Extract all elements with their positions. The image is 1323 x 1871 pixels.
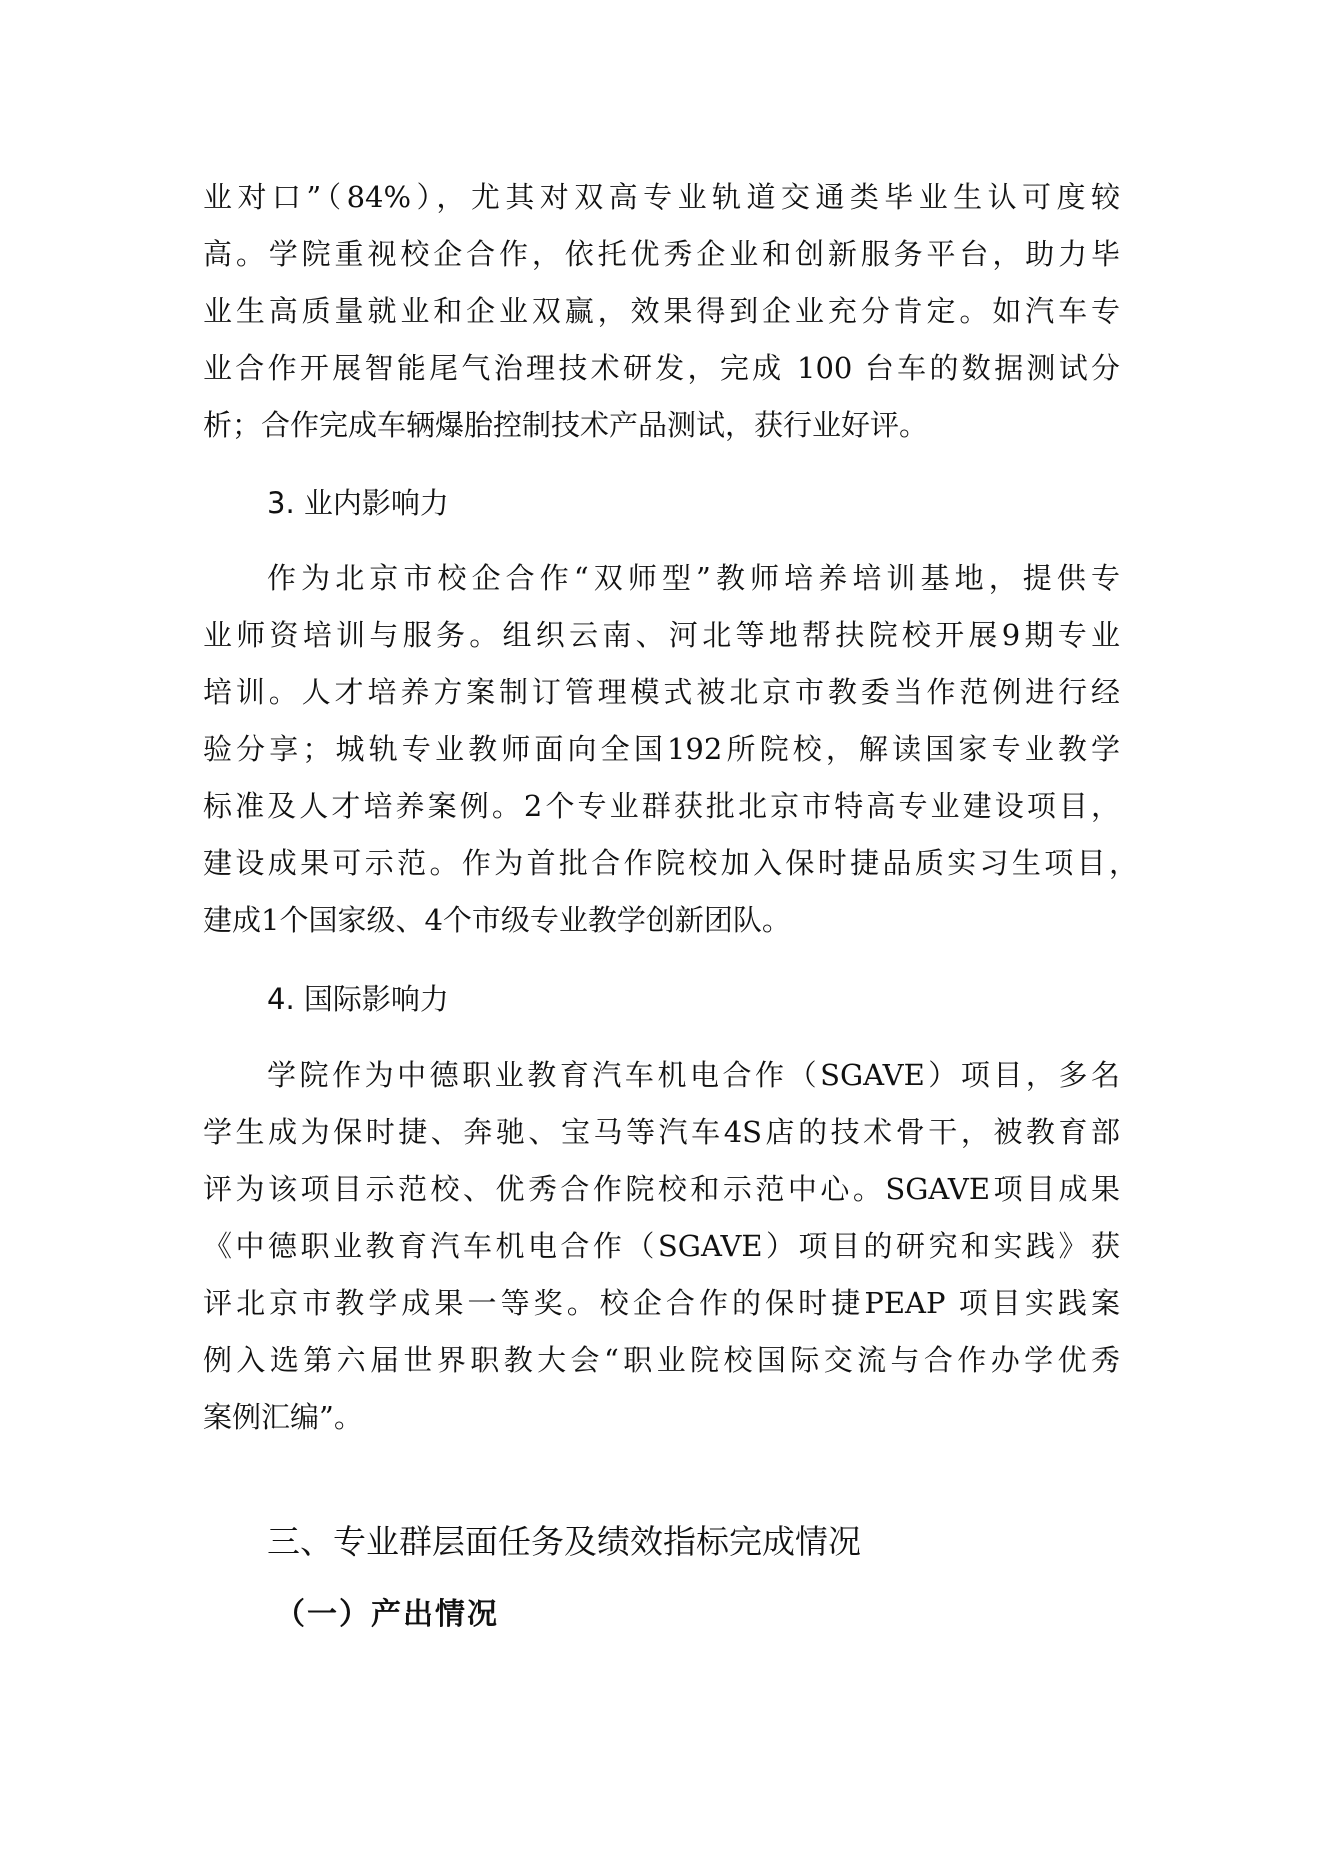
paragraph-line: 案例汇编”。 xyxy=(203,1397,1120,1437)
document-page: 业对口”（84%），尤其对双高专业轨道交通类毕业生认可度较 高。学院重视校企合作… xyxy=(0,0,1323,1871)
section-heading-international-influence: 4. 国际影响力 xyxy=(267,979,449,1019)
paragraph-line: 评为该项目示范校、优秀合作院校和示范中心。SGAVE项目成果 xyxy=(203,1169,1120,1209)
paragraph-line: 培训。人才培养方案制订管理模式被北京市教委当作范例进行经 xyxy=(203,672,1120,712)
paragraph-line: 例入选第六届世界职教大会“职业院校国际交流与合作办学优秀 xyxy=(203,1340,1120,1380)
paragraph-line: 学院作为中德职业教育汽车机电合作（SGAVE）项目，多名 xyxy=(267,1055,1120,1095)
paragraph-line: 业生高质量就业和企业双赢，效果得到企业充分肯定。如汽车专 xyxy=(203,291,1120,331)
section-heading-industry-influence: 3. 业内影响力 xyxy=(267,483,449,523)
chapter-heading: 三、专业群层面任务及绩效指标完成情况 xyxy=(267,1519,861,1565)
paragraph-line: 标准及人才培养案例。2个专业群获批北京市特高专业建设项目， xyxy=(203,786,1120,826)
paragraph-line: 评北京市教学成果一等奖。校企合作的保时捷PEAP 项目实践案 xyxy=(203,1283,1120,1323)
paragraph-line: 业对口”（84%），尤其对双高专业轨道交通类毕业生认可度较 xyxy=(203,177,1120,217)
paragraph-line: 建成1个国家级、4个市级专业教学创新团队。 xyxy=(203,900,1120,940)
paragraph-line: 建设成果可示范。作为首批合作院校加入保时捷品质实习生项目， xyxy=(203,843,1138,883)
paragraph-line: 业师资培训与服务。组织云南、河北等地帮扶院校开展9期专业 xyxy=(203,615,1120,655)
paragraph-line: 学生成为保时捷、奔驰、宝马等汽车4S店的技术骨干，被教育部 xyxy=(203,1112,1120,1152)
paragraph-line: 作为北京市校企合作“双师型”教师培养培训基地，提供专 xyxy=(267,558,1120,598)
subsection-heading-output: （一）产出情况 xyxy=(275,1594,499,1636)
paragraph-line: 析；合作完成车辆爆胎控制技术产品测试，获行业好评。 xyxy=(203,405,1120,445)
paragraph-line: 业合作开展智能尾气治理技术研发，完成 100 台车的数据测试分 xyxy=(203,348,1120,388)
paragraph-line: 《中德职业教育汽车机电合作（SGAVE）项目的研究和实践》获 xyxy=(203,1226,1120,1266)
paragraph-line: 验分享；城轨专业教师面向全国192所院校，解读国家专业教学 xyxy=(203,729,1120,769)
paragraph-line: 高。学院重视校企合作，依托优秀企业和创新服务平台，助力毕 xyxy=(203,234,1120,274)
